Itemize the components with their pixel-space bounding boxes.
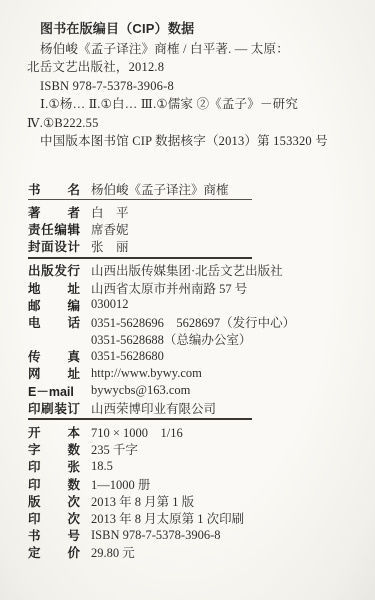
colophon-label: 封面设计 bbox=[28, 237, 80, 255]
colophon-value: 030012 bbox=[91, 297, 129, 312]
row-word-count: 字数 235 千字 bbox=[28, 441, 252, 458]
colophon-label: 书号 bbox=[28, 526, 80, 544]
colophon-value: 710 × 1000 1/16 bbox=[91, 423, 183, 441]
colophon-label: 著者 bbox=[28, 203, 80, 221]
cip-isbn-line: ISBN 978-7-5378-3906-8 bbox=[27, 77, 357, 96]
colophon-label: 出版发行 bbox=[28, 261, 80, 279]
colophon-label: 字数 bbox=[28, 440, 80, 458]
row-website: 网址 http://www.bywy.com bbox=[28, 365, 252, 382]
colophon-label: 书名 bbox=[28, 180, 80, 198]
divider bbox=[28, 199, 252, 200]
row-publisher: 出版发行 山西出版传媒集团·北岳文艺出版社 bbox=[28, 262, 252, 279]
colophon-value: 张 丽 bbox=[91, 237, 129, 255]
row-phone-2: 0351-5628688（总编办公室） bbox=[28, 331, 252, 348]
colophon-value: 235 千字 bbox=[91, 440, 138, 458]
row-editor: 责任编辑 席香妮 bbox=[28, 220, 252, 237]
colophon-value: ISBN 978-7-5378-3906-8 bbox=[91, 528, 221, 543]
colophon-value: 18.5 bbox=[91, 459, 113, 474]
row-cover-design: 封面设计 张 丽 bbox=[28, 238, 252, 255]
row-postcode: 邮编 030012 bbox=[28, 296, 252, 313]
colophon-value: 杨伯峻《孟子译注》商榷 bbox=[91, 180, 229, 198]
colophon-value: 2013 年 8 月太原第 1 次印刷 bbox=[91, 509, 244, 527]
colophon-value: 0351-5628688（总编办公室） bbox=[91, 330, 251, 348]
colophon-value: 山西荣博印业有限公司 bbox=[91, 399, 216, 417]
row-address: 地址 山西省太原市并州南路 57 号 bbox=[28, 279, 252, 296]
divider bbox=[28, 418, 252, 420]
colophon-label: 网址 bbox=[28, 364, 80, 382]
colophon-label: 责任编辑 bbox=[28, 220, 80, 238]
cip-classification-line-2: Ⅳ.①B222.55 bbox=[27, 114, 357, 133]
row-phone: 电话 0351-5628696 5628697（发行中心） bbox=[28, 313, 252, 330]
colophon-label: 印次 bbox=[28, 509, 80, 527]
colophon-label: 电话 bbox=[28, 313, 80, 331]
colophon-table: 书名 杨伯峻《孟子译注》商榷 著者 白 平 责任编辑 席香妮 封面设计 张 丽 … bbox=[28, 180, 252, 561]
colophon-label: 印数 bbox=[28, 475, 80, 493]
row-format: 开本 710 × 1000 1/16 bbox=[28, 423, 252, 440]
row-print-run: 印数 1—1000 册 bbox=[28, 475, 252, 492]
colophon-value: 0351-5628680 bbox=[91, 349, 164, 364]
book-cip-page: 图书在版编目（CIP）数据 杨伯峻《孟子译注》商榷 / 白平著. — 太原： 北… bbox=[0, 0, 375, 600]
colophon-label: 印张 bbox=[28, 457, 80, 475]
row-author: 著者 白 平 bbox=[28, 203, 252, 220]
row-impression: 印次 2013 年 8 月太原第 1 次印刷 bbox=[28, 509, 252, 526]
colophon-value: 1—1000 册 bbox=[91, 475, 150, 493]
colophon-value: 2013 年 8 月第 1 版 bbox=[91, 492, 194, 510]
row-email: E－mail bywycbs@163.com bbox=[28, 382, 252, 399]
cip-classification-line-1: Ⅰ.①杨… Ⅱ.①白… Ⅲ.①儒家 ②《孟子》－研究 bbox=[27, 95, 357, 114]
cip-title-statement: 杨伯峻《孟子译注》商榷 / 白平著. — 太原： bbox=[27, 40, 357, 59]
row-title: 书名 杨伯峻《孟子译注》商榷 bbox=[28, 180, 252, 197]
colophon-label: 邮编 bbox=[28, 296, 80, 314]
row-price: 定价 29.80 元 bbox=[28, 544, 252, 561]
colophon-label: 定价 bbox=[28, 543, 80, 561]
row-fax: 传真 0351-5628680 bbox=[28, 348, 252, 365]
row-isbn: 书号 ISBN 978-7-5378-3906-8 bbox=[28, 527, 252, 544]
row-edition: 版次 2013 年 8 月第 1 版 bbox=[28, 492, 252, 509]
colophon-label: E－mail bbox=[28, 382, 80, 400]
colophon-label: 地址 bbox=[28, 279, 80, 297]
colophon-value: 白 平 bbox=[91, 203, 129, 221]
colophon-label: 印刷装订 bbox=[28, 399, 80, 417]
cip-record-number-line: 中国版本图书馆 CIP 数据核字（2013）第 153320 号 bbox=[27, 132, 357, 151]
colophon-value: bywycbs@163.com bbox=[91, 383, 190, 398]
cip-title: 图书在版编目（CIP）数据 bbox=[27, 20, 357, 39]
colophon-label: 开本 bbox=[28, 423, 80, 441]
divider bbox=[28, 257, 252, 259]
cip-publisher-line: 北岳文艺出版社，2012.8 bbox=[27, 58, 357, 77]
colophon-value: 席香妮 bbox=[91, 220, 129, 238]
colophon-value: http://www.bywy.com bbox=[91, 366, 202, 381]
colophon-value: 山西出版传媒集团·北岳文艺出版社 bbox=[91, 261, 283, 279]
colophon-label: 版次 bbox=[28, 492, 80, 510]
row-sheets: 印张 18.5 bbox=[28, 458, 252, 475]
cip-block: 图书在版编目（CIP）数据 杨伯峻《孟子译注》商榷 / 白平著. — 太原： 北… bbox=[27, 20, 357, 151]
colophon-value: 山西省太原市并州南路 57 号 bbox=[91, 279, 247, 297]
colophon-label: 传真 bbox=[28, 347, 80, 365]
row-printer: 印刷装订 山西荣博印业有限公司 bbox=[28, 399, 252, 416]
colophon-value: 0351-5628696 5628697（发行中心） bbox=[91, 313, 295, 331]
colophon-value: 29.80 元 bbox=[91, 543, 135, 561]
